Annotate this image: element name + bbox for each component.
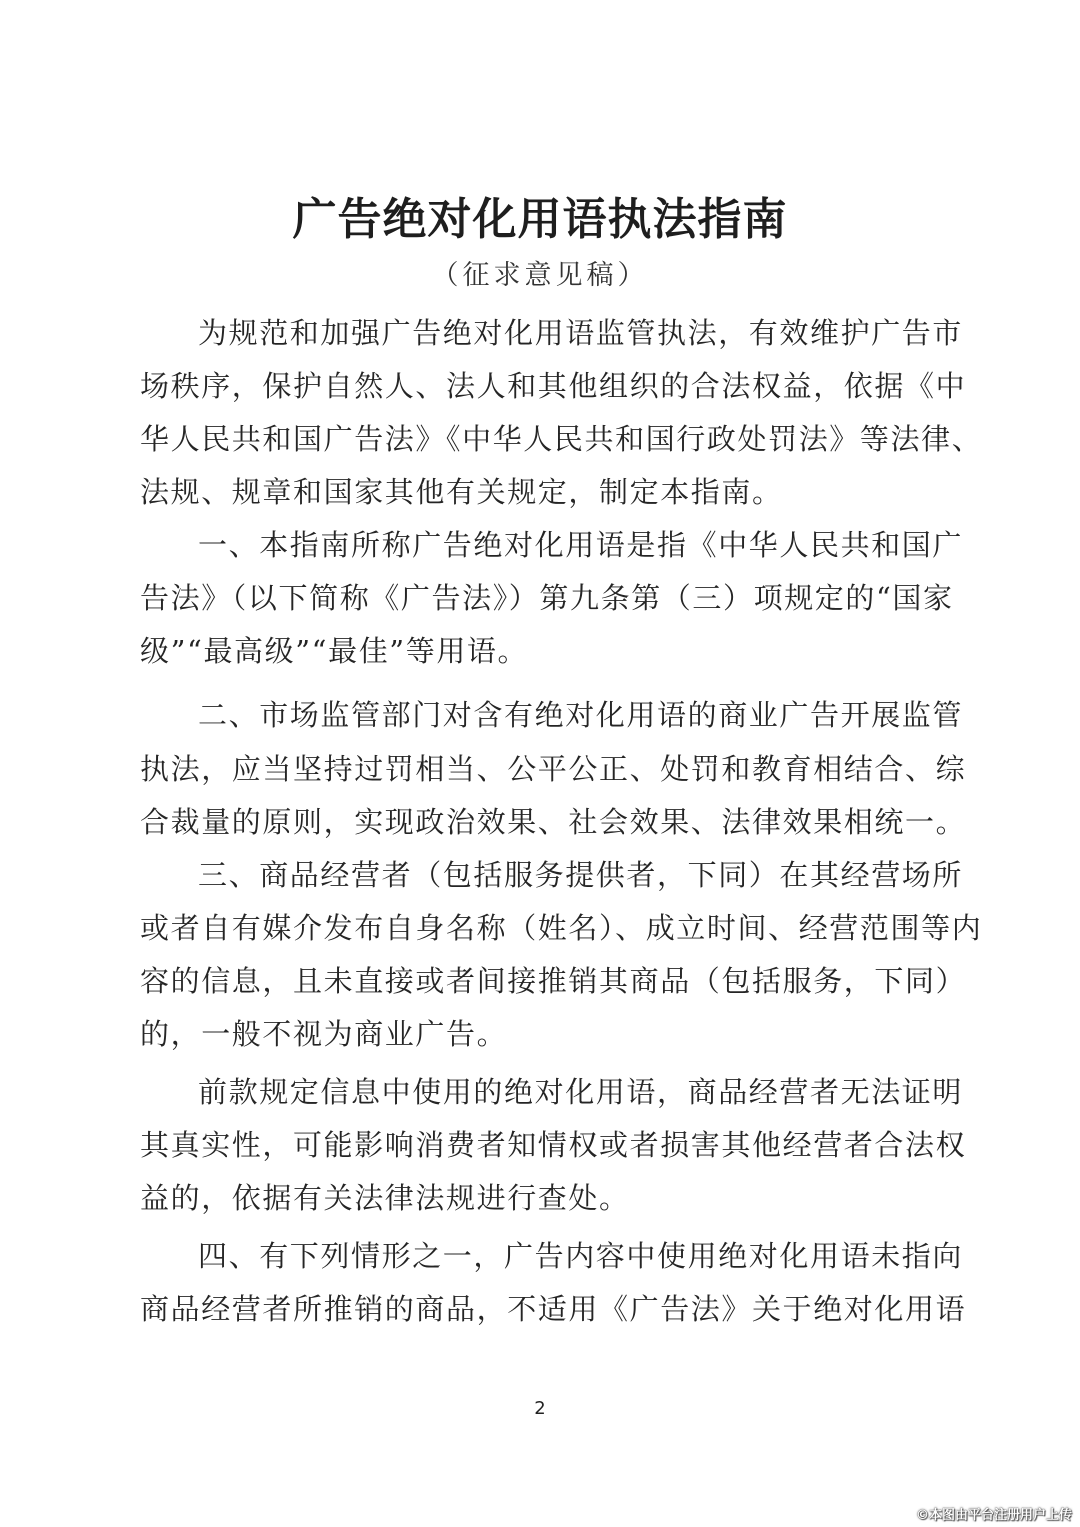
text-line: 其真实性，可能影响消费者知情权或者损害其他经营者合法权 [140,1125,930,1165]
text-line: 一、本指南所称广告绝对化用语是指《中华人民共和国广 [198,525,930,565]
text-line: 益的，依据有关法律法规进行查处。 [140,1178,930,1218]
document-title: 广告绝对化用语执法指南 [0,192,1080,248]
text-line: 华人民共和国广告法》《中华人民共和国行政处罚法》等法律、 [140,419,930,459]
document-subtitle: （征求意见稿） [0,258,1080,294]
text-line: 二、市场监管部门对含有绝对化用语的商业广告开展监管 [198,695,930,735]
text-line: 四、有下列情形之一，广告内容中使用绝对化用语未指向 [198,1236,930,1276]
page-number: 2 [0,1398,1080,1419]
text-line: 为规范和加强广告绝对化用语监管执法，有效维护广告市 [198,313,930,353]
text-line: 法规、规章和国家其他有关规定，制定本指南。 [140,472,930,512]
text-line: 场秩序，保护自然人、法人和其他组织的合法权益，依据《中 [140,366,930,406]
text-line: 容的信息，且未直接或者间接推销其商品（包括服务，下同） [140,961,930,1001]
text-line: 的，一般不视为商业广告。 [140,1014,930,1054]
text-line: 合裁量的原则，实现政治效果、社会效果、法律效果相统一。 [140,802,930,842]
text-line: 级”“最高级”“最佳”等用语。 [140,631,930,671]
text-line: 商品经营者所推销的商品，不适用《广告法》关于绝对化用语 [140,1289,930,1329]
text-line: 前款规定信息中使用的绝对化用语，商品经营者无法证明 [198,1072,930,1112]
upload-watermark: ©本图由平台注册用户上传 [916,1504,1072,1523]
document-page: 广告绝对化用语执法指南 （征求意见稿） 为规范和加强广告绝对化用语监管执法，有效… [0,0,1080,1527]
text-line: 告法》（以下简称《广告法》）第九条第（三）项规定的“国家 [140,578,930,618]
text-line: 三、商品经营者（包括服务提供者，下同）在其经营场所 [198,855,930,895]
text-line: 或者自有媒介发布自身名称（姓名）、成立时间、经营范围等内 [140,908,930,948]
text-line: 执法，应当坚持过罚相当、公平公正、处罚和教育相结合、综 [140,749,930,789]
